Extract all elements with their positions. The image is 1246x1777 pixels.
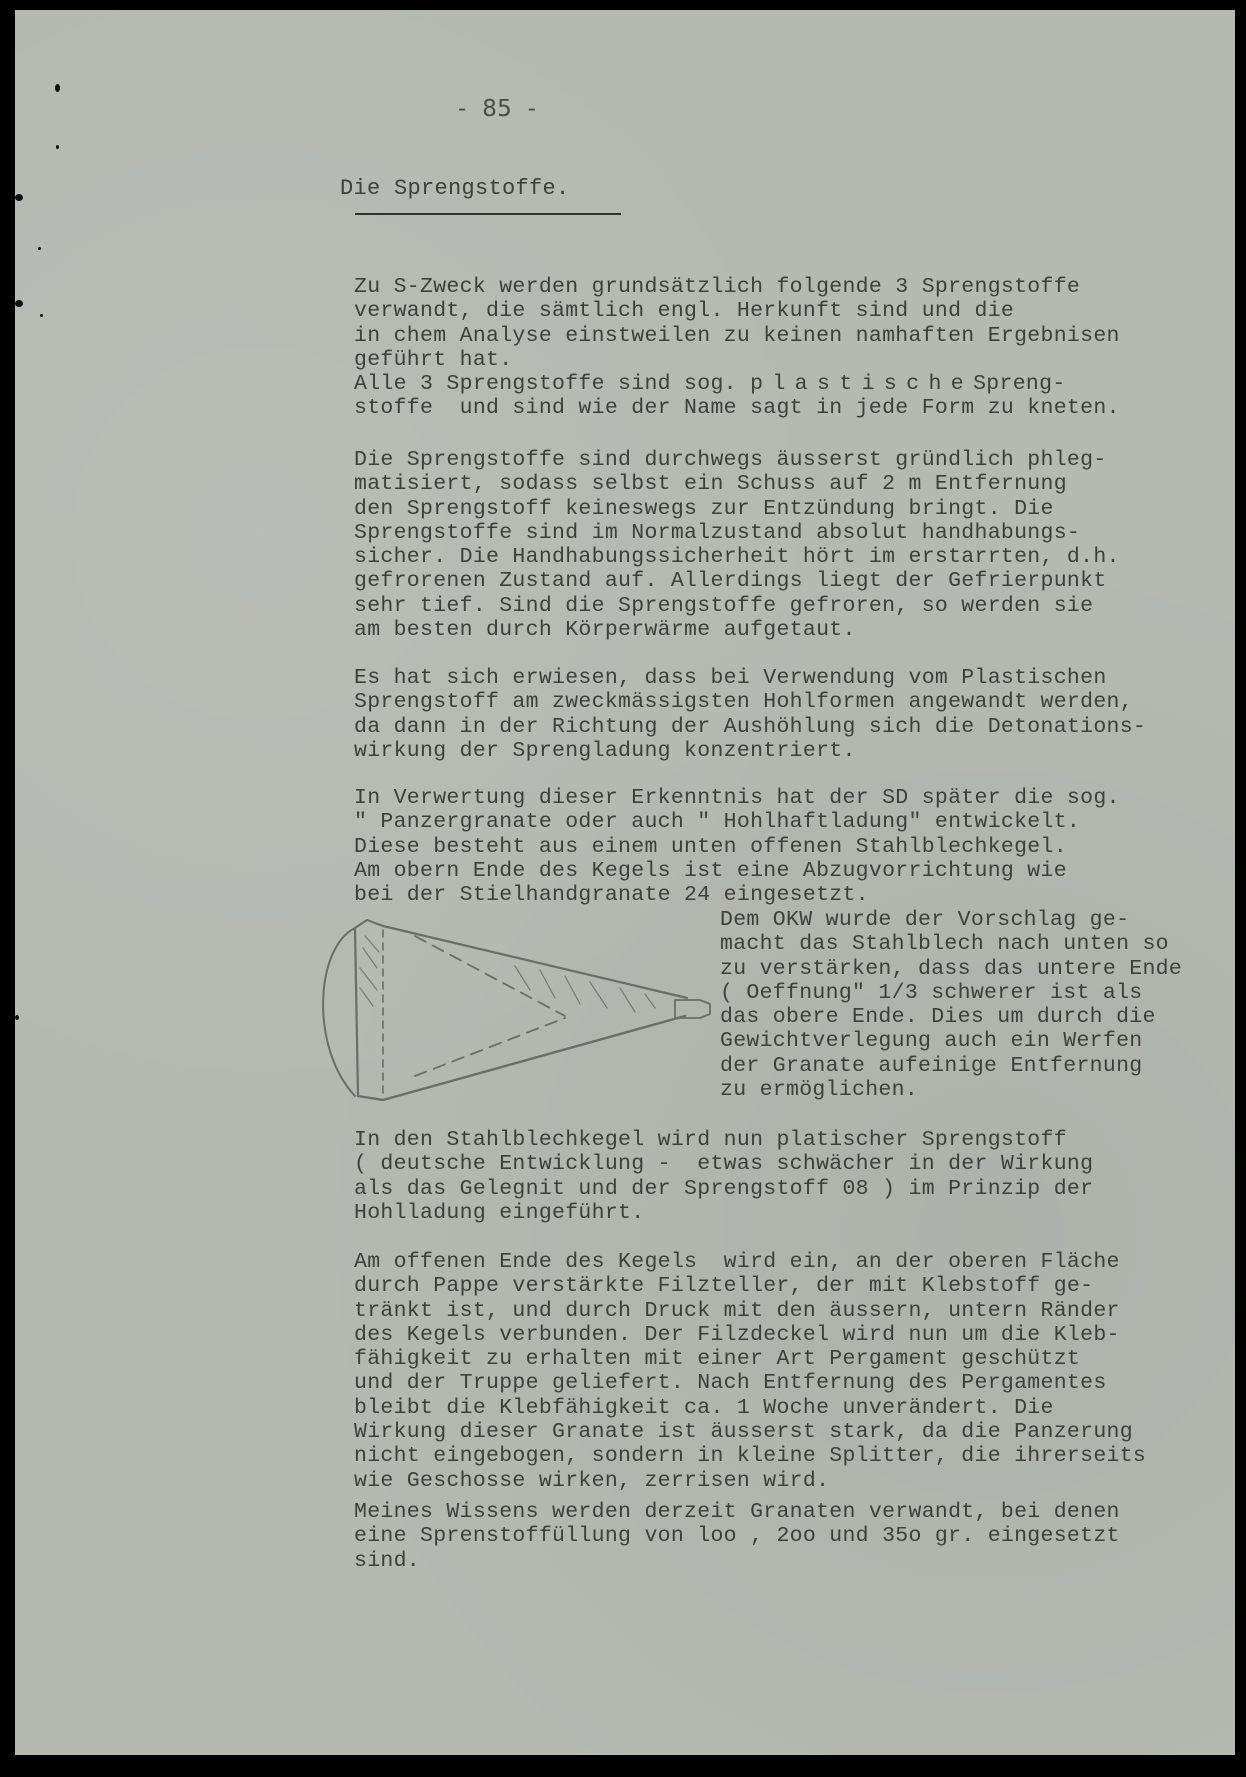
paragraph-7: Am offenen Ende des Kegels wird ein, an … xyxy=(354,1250,1146,1493)
text-line: nicht eingebogen, sondern in kleine Spli… xyxy=(354,1444,1146,1468)
text-line: des Kegels verbunden. Der Filzdeckel wir… xyxy=(354,1323,1120,1347)
text-line: wie Geschosse wirken, zerrisen wird. xyxy=(354,1469,829,1493)
text-line: ( deutsche Entwicklung - etwas schwächer… xyxy=(354,1152,1093,1176)
text-line: fähigkeit zu erhalten mit einer Art Perg… xyxy=(354,1347,1080,1371)
text-line: zu ermöglichen. xyxy=(720,1078,918,1102)
paragraph-4: In Verwertung dieser Erkenntnis hat der … xyxy=(354,786,1120,907)
title-underline xyxy=(355,213,621,215)
text-line: in chem Analyse einstweilen zu keinen na… xyxy=(354,324,1120,348)
text-line: stoffe und sind wie der Name sagt in jed… xyxy=(354,396,1120,420)
text-line: " Panzergranate oder auch " Hohlhaftladu… xyxy=(354,810,1080,834)
paragraph-2: Die Sprengstoffe sind durchwegs äusserst… xyxy=(354,448,1120,642)
text-line: geführt hat. xyxy=(354,348,512,372)
paragraph-5: Dem OKW wurde der Vorschlag ge- macht da… xyxy=(720,908,1182,1102)
text-line: sehr tief. Sind die Sprengstoffe gefrore… xyxy=(354,594,1093,618)
margin-punch-mark xyxy=(15,300,23,307)
document-page: - 85 - Die Sprengstoffe. Zu S-Zweck werd… xyxy=(15,10,1235,1755)
paragraph-1: Zu S-Zweck werden grundsätzlich folgende… xyxy=(354,275,1120,421)
text-line: durch Pappe verstärkte Filzteller, der m… xyxy=(354,1274,1093,1298)
paragraph-3: Es hat sich erwiesen, dass bei Verwendun… xyxy=(354,666,1146,763)
text-line: Dem OKW wurde der Vorschlag ge- xyxy=(720,908,1129,932)
text-line: sind. xyxy=(354,1549,420,1573)
text-line: Sprengstoffe sind im Normalzustand absol… xyxy=(354,521,1080,545)
text-line: verwandt, die sämtlich engl. Herkunft si… xyxy=(354,299,1014,323)
text-line: zu verstärken, dass das untere Ende xyxy=(720,957,1182,981)
text-line: Es hat sich erwiesen, dass bei Verwendun… xyxy=(354,666,1107,690)
text-line: matisiert, sodass selbst ein Schuss auf … xyxy=(354,472,1067,496)
text-line: Am obern Ende des Kegels ist eine Abzugv… xyxy=(354,859,1067,883)
text-line: Hohlladung eingeführt. xyxy=(354,1201,644,1225)
paragraph-6: In den Stahlblechkegel wird nun platisch… xyxy=(354,1128,1093,1225)
margin-punch-mark xyxy=(15,1015,19,1020)
text-line: Zu S-Zweck werden grundsätzlich folgende… xyxy=(354,275,1080,299)
text-line: Spreng- xyxy=(973,372,1065,396)
text-line: Gewichtverlegung auch ein Werfen xyxy=(720,1029,1142,1053)
text-line: tränkt ist, und durch Druck mit den äuss… xyxy=(354,1299,1120,1323)
page-number: - 85 - xyxy=(458,97,536,121)
margin-punch-mark xyxy=(15,194,23,201)
text-line: Meines Wissens werden derzeit Granaten v… xyxy=(354,1500,1120,1524)
text-line: Am offenen Ende des Kegels wird ein, an … xyxy=(354,1250,1120,1274)
text-line: am besten durch Körperwärme aufgetaut. xyxy=(354,618,856,642)
text-line: den Sprengstoff keineswegs zur Entzündun… xyxy=(354,497,1054,521)
text-line: Wirkung dieser Granate ist äusserst star… xyxy=(354,1420,1133,1444)
margin-punch-mark xyxy=(38,247,41,250)
text-line: eine Sprenstoffüllung von loo , 2oo und … xyxy=(354,1524,1120,1548)
text-line: als das Gelegnit und der Sprengstoff 08 … xyxy=(354,1177,1093,1201)
text-line: macht das Stahlblech nach unten so xyxy=(720,932,1169,956)
text-line: Die Sprengstoffe sind durchwegs äusserst… xyxy=(354,448,1107,472)
text-line: das obere Ende. Dies um durch die xyxy=(720,1005,1156,1029)
text-line: der Granate aufeinige Entfernung xyxy=(720,1054,1142,1078)
text-line: Diese besteht aus einem unten offenen St… xyxy=(354,835,1067,859)
page-title: Die Sprengstoffe. xyxy=(340,177,570,201)
text-line: und der Truppe geliefert. Nach Entfernun… xyxy=(354,1371,1107,1395)
text-line: wirkung der Sprengladung konzentriert. xyxy=(354,739,856,763)
text-line: In den Stahlblechkegel wird nun platisch… xyxy=(354,1128,1067,1152)
text-line: sicher. Die Handhabungssicherheit hört i… xyxy=(354,545,1120,569)
text-line: da dann in der Richtung der Aushöhlung s… xyxy=(354,715,1146,739)
text-line: Sprengstoff am zweckmässigsten Hohlforme… xyxy=(354,690,1133,714)
emphasized-word: plastische xyxy=(750,372,973,396)
text-line: bei der Stielhandgranate 24 eingesetzt. xyxy=(354,883,869,907)
text-line: ( Oeffnung" 1/3 schwerer ist als xyxy=(720,981,1142,1005)
text-line: gefrorenen Zustand auf. Allerdings liegt… xyxy=(354,569,1107,593)
hollow-charge-cone-sketch-icon xyxy=(315,908,715,1108)
text-line: bleibt die Klebfähigkeit ca. 1 Woche unv… xyxy=(354,1396,1054,1420)
text-line: Alle 3 Sprengstoffe sind sog. xyxy=(354,372,737,396)
margin-punch-mark xyxy=(56,145,59,149)
margin-punch-mark xyxy=(40,314,43,317)
margin-punch-mark xyxy=(55,84,60,92)
text-line: In Verwertung dieser Erkenntnis hat der … xyxy=(354,786,1120,810)
paragraph-8: Meines Wissens werden derzeit Granaten v… xyxy=(354,1500,1120,1573)
